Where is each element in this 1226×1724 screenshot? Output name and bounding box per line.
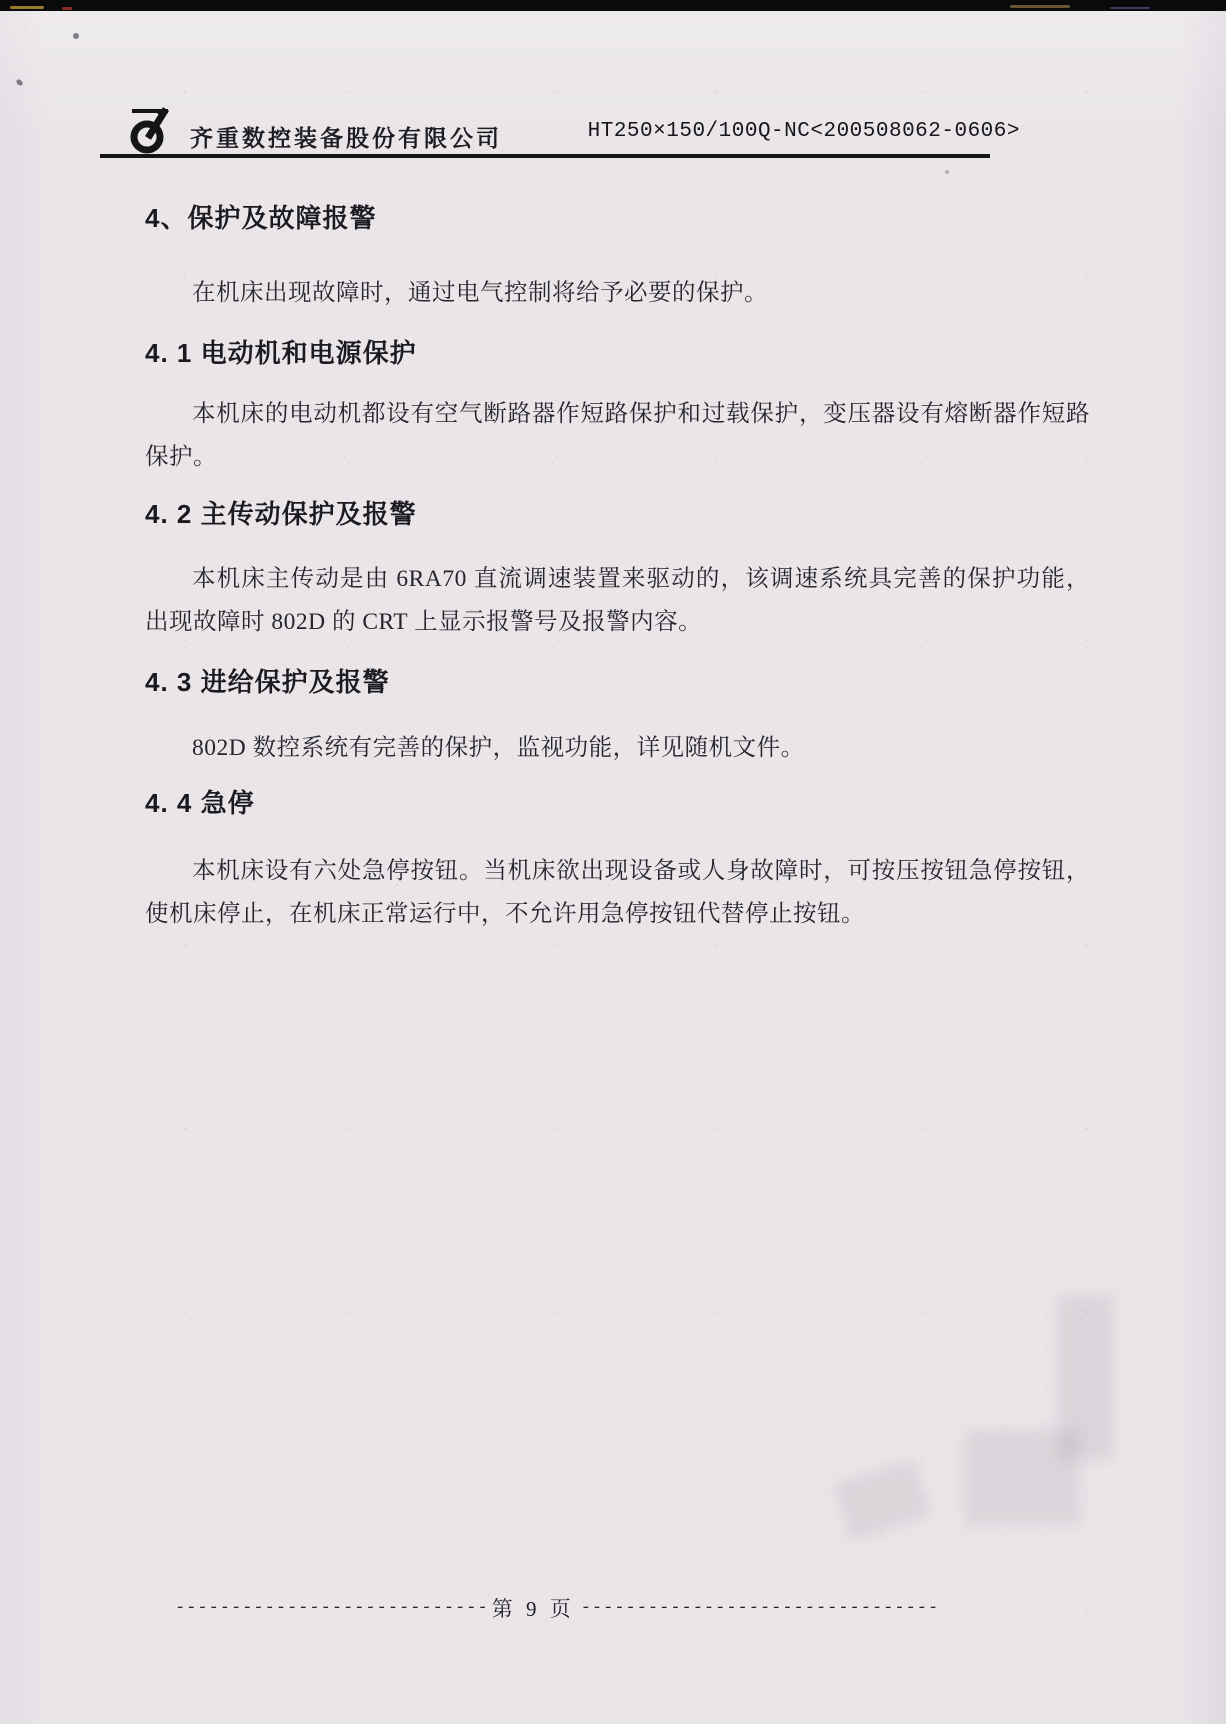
section-4-3-paragraph: 802D 数控系统有完善的保护，监视功能，详见随机文件。 xyxy=(145,727,1090,770)
page-header: 齐重数控装备股份有限公司 HT250×150/100Q-NC<200508062… xyxy=(100,104,1020,158)
scan-artifact xyxy=(1110,7,1150,9)
document-code: HT250×150/100Q-NC<200508062-0606> xyxy=(588,120,1020,143)
bleed-through-mark xyxy=(833,1458,932,1541)
scanned-page: 齐重数控装备股份有限公司 HT250×150/100Q-NC<200508062… xyxy=(0,0,1226,1724)
scan-speck xyxy=(15,78,24,86)
section-4-1-heading: 4. 1 电动机和电源保护 xyxy=(145,337,1095,369)
company-logo-icon xyxy=(126,106,172,156)
section-4-4-heading: 4. 4 急停 xyxy=(145,787,1095,819)
bleed-through-mark xyxy=(965,1430,1080,1525)
section-4-paragraph: 在机床出现故障时，通过电气控制将给予必要的保护。 xyxy=(145,272,1090,315)
scan-artifact xyxy=(62,7,72,10)
scan-artifact xyxy=(10,6,44,9)
section-4-2-heading: 4. 2 主传动保护及报警 xyxy=(145,498,1095,530)
page-number: 第 9 页 xyxy=(486,1593,581,1623)
company-name: 齐重数控装备股份有限公司 xyxy=(190,120,502,153)
footer-dashes-right: ------------------------------------- xyxy=(581,1599,940,1618)
footer-dashes-left: -------------------------------- xyxy=(175,1599,486,1618)
section-4-3-heading: 4. 3 进给保护及报警 xyxy=(145,666,1095,698)
header-rule xyxy=(100,154,990,158)
section-4-2-paragraph: 本机床主传动是由 6RA70 直流调速装置来驱动的，该调速系统具完善的保护功能，… xyxy=(145,558,1090,644)
scan-artifact xyxy=(1010,5,1070,8)
page-footer: -------------------------------- 第 9 页 -… xyxy=(175,1593,940,1623)
section-4-1-paragraph: 本机床的电动机都设有空气断路器作短路保护和过载保护，变压器设有熔断器作短路保护。 xyxy=(145,393,1090,479)
scan-speck xyxy=(945,170,949,174)
scan-speck xyxy=(73,33,79,39)
section-4-4-paragraph: 本机床设有六处急停按钮。当机床欲出现设备或人身故障时，可按压按钮急停按钮，使机床… xyxy=(145,850,1090,936)
section-4-heading: 4、保护及故障报警 xyxy=(145,202,1095,234)
